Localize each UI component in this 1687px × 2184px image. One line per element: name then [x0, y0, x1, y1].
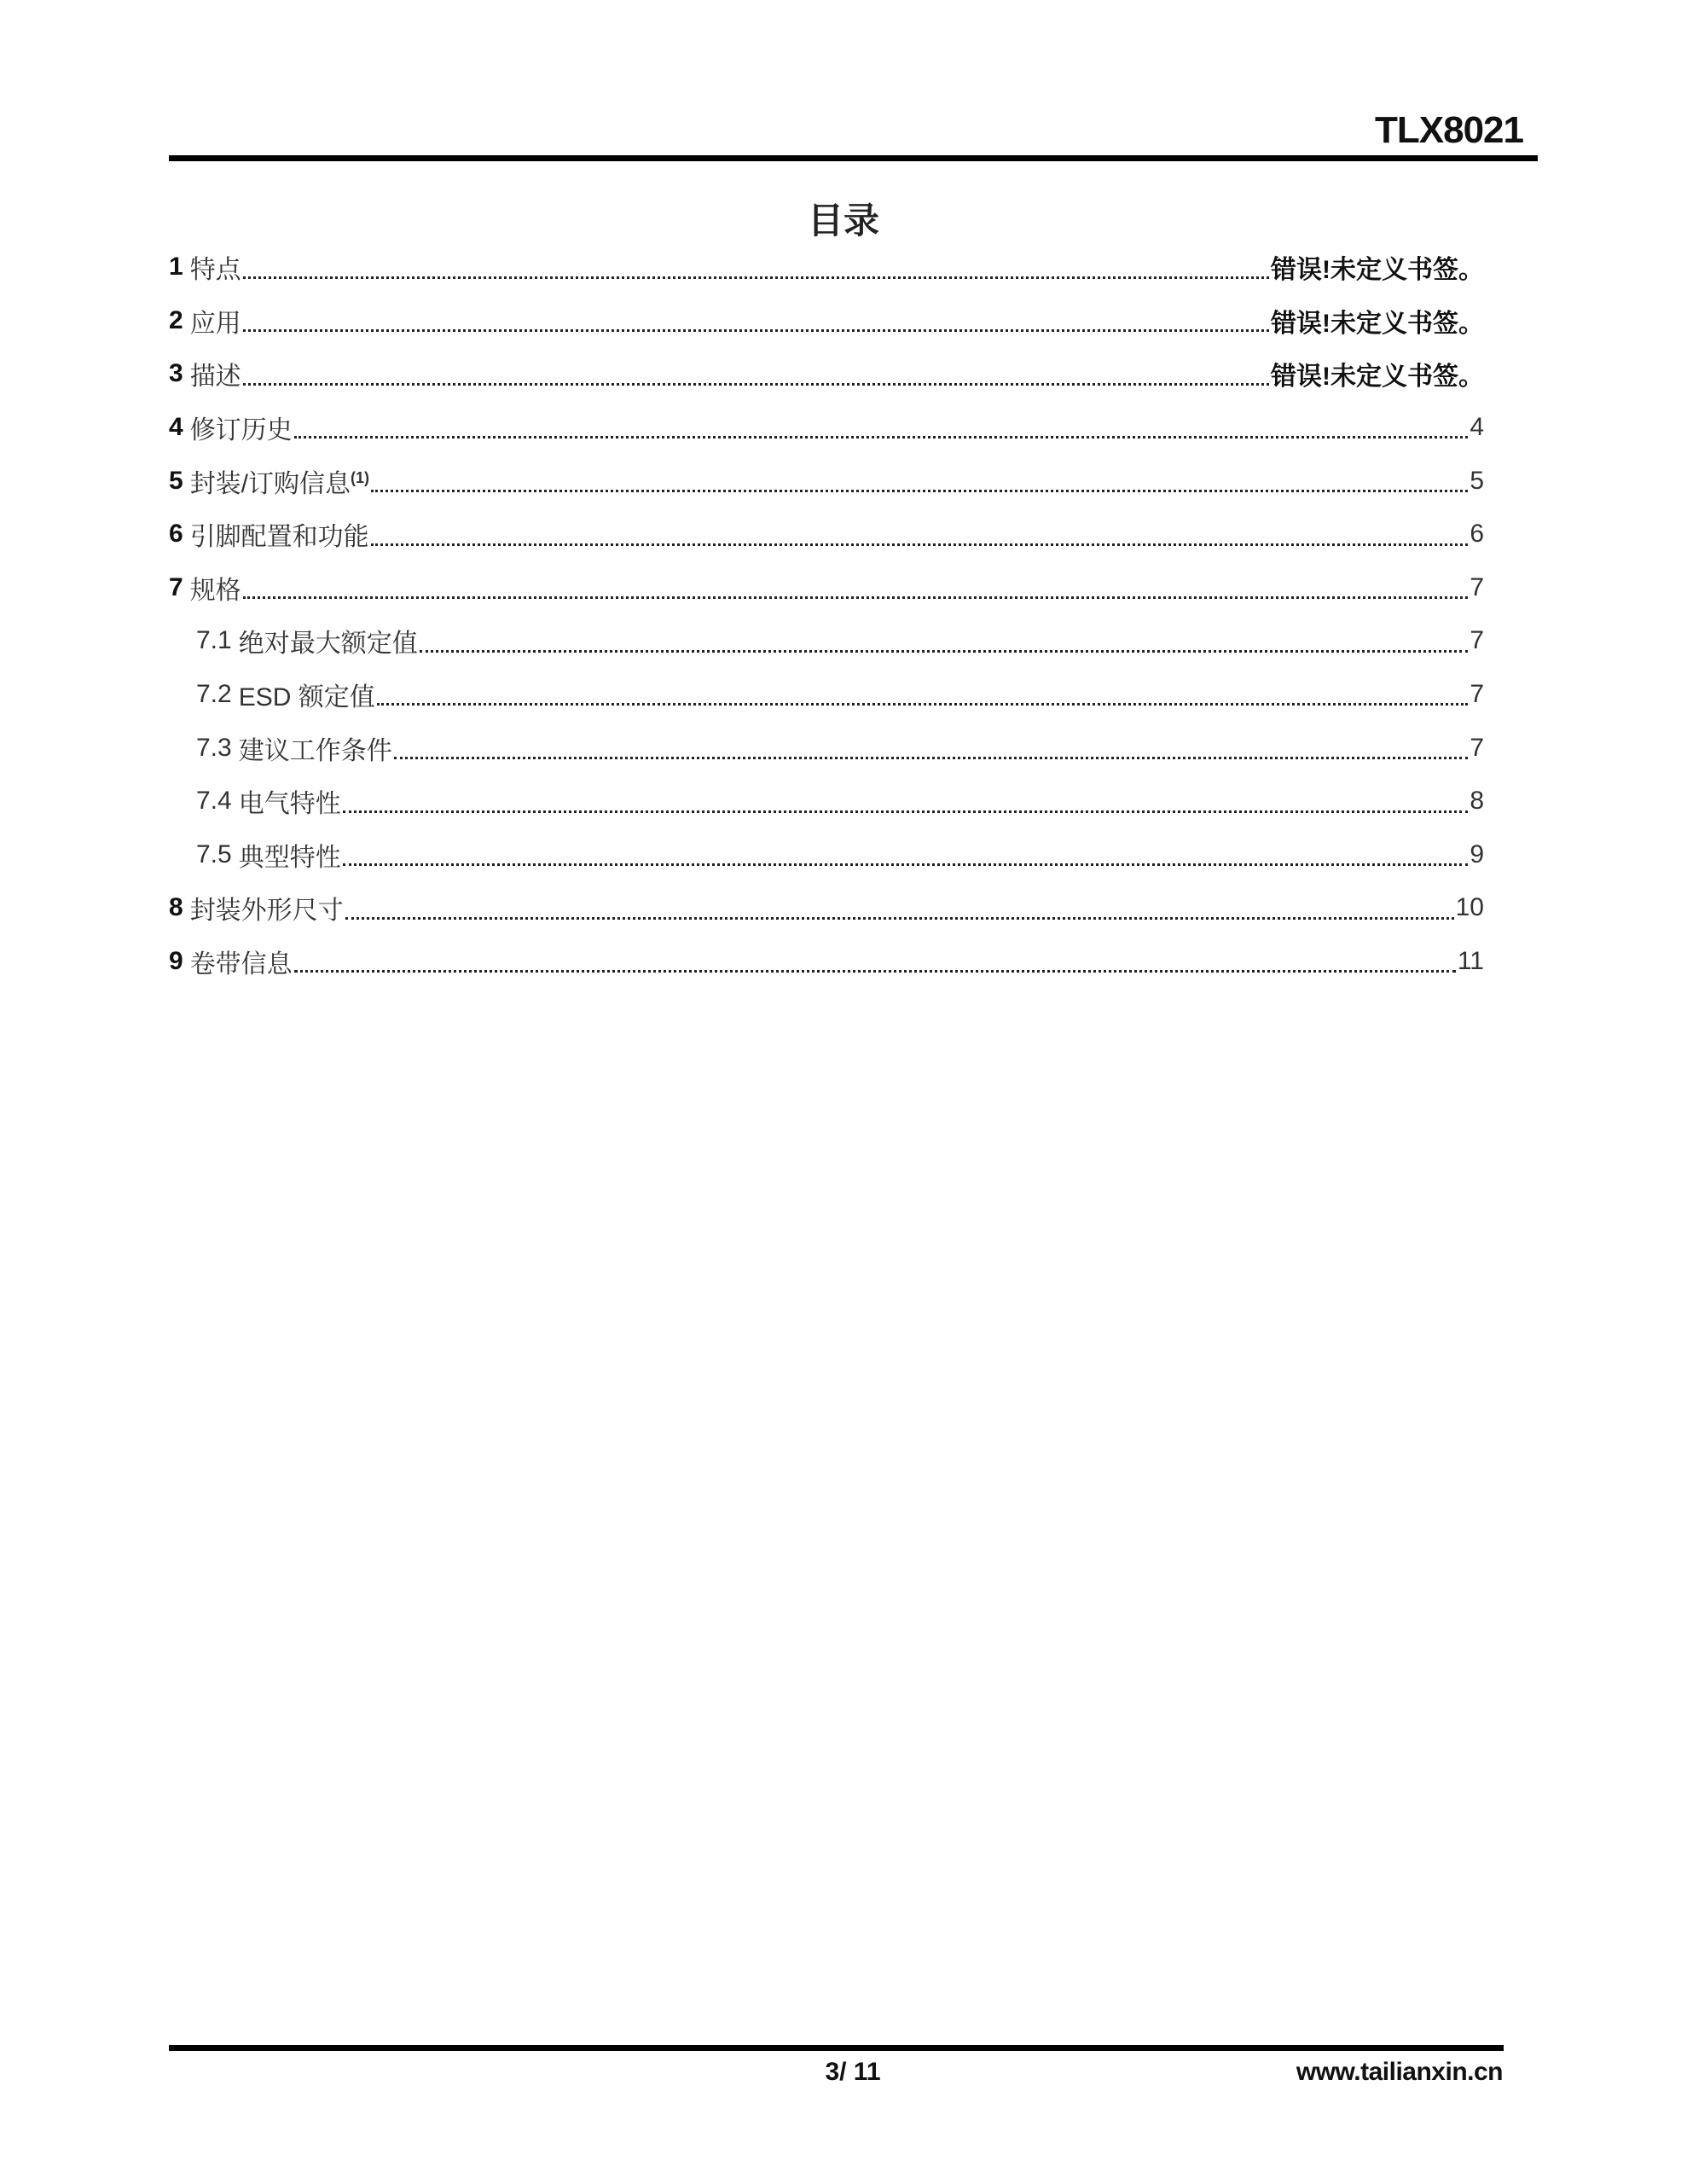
toc-entry-2[interactable]: 2 应用 错误!未定义书签。 [169, 294, 1484, 348]
toc-entry-number: 7.2 [196, 680, 232, 709]
toc-entry-number: 2 [169, 306, 183, 335]
toc-entry-number: 8 [169, 893, 183, 922]
table-of-contents: 1 特点 错误!未定义书签。 2 应用 错误!未定义书签。 3 描述 错误!未定… [169, 241, 1484, 988]
toc-entry-7-5[interactable]: 7.5 典型特性 9 [169, 828, 1484, 882]
toc-entry-number: 4 [169, 413, 183, 442]
header-divider [169, 155, 1538, 161]
toc-entry-page: 4 [1470, 413, 1484, 442]
toc-entry-label: 描述 [190, 355, 241, 392]
toc-entry-number: 7 [169, 573, 183, 602]
toc-entry-label: 引脚配置和功能 [190, 515, 369, 553]
toc-entry-number: 5 [169, 467, 183, 496]
toc-entry-number: 7.1 [196, 626, 232, 655]
dot-leader [243, 329, 1269, 332]
dot-leader [394, 757, 1469, 759]
toc-entry-number: 7.3 [196, 734, 232, 763]
dot-leader [294, 970, 1456, 973]
toc-entry-label: 封装外形尺寸 [190, 889, 344, 926]
toc-entry-page: 6 [1470, 520, 1484, 549]
dot-leader [371, 543, 1469, 546]
toc-entry-label-text: 封装/订购信息 [190, 470, 351, 498]
toc-entry-label: 特点 [190, 248, 241, 286]
toc-entry-label: ESD 额定值 [239, 676, 375, 713]
toc-entry-label: 典型特性 [239, 836, 341, 874]
toc-entry-5[interactable]: 5 封装/订购信息(1) 5 [169, 454, 1484, 508]
toc-entry-page: 错误!未定义书签。 [1271, 355, 1484, 392]
toc-entry-8[interactable]: 8 封装外形尺寸 10 [169, 881, 1484, 935]
toc-entry-number: 3 [169, 359, 183, 388]
toc-entry-9[interactable]: 9 卷带信息 11 [169, 935, 1484, 989]
website-link[interactable]: www.tailianxin.cn [1296, 2058, 1503, 2087]
page-indicator: 3/ 11 [768, 2058, 938, 2087]
toc-entry-page: 8 [1470, 787, 1484, 816]
toc-title: 目录 [0, 193, 1687, 244]
toc-entry-number: 7.4 [196, 787, 232, 816]
toc-entry-label: 规格 [190, 569, 241, 607]
toc-entry-page: 10 [1456, 893, 1484, 922]
toc-entry-label: 修订历史 [190, 409, 293, 446]
toc-entry-number: 7.5 [196, 840, 232, 869]
toc-entry-3[interactable]: 3 描述 错误!未定义书签。 [169, 347, 1484, 401]
toc-entry-6[interactable]: 6 引脚配置和功能 6 [169, 508, 1484, 561]
toc-entry-4[interactable]: 4 修订历史 4 [169, 401, 1484, 455]
footer-divider [169, 2045, 1504, 2051]
toc-entry-7-4[interactable]: 7.4 电气特性 8 [169, 775, 1484, 828]
dot-leader [294, 436, 1469, 439]
toc-entry-page: 7 [1470, 734, 1484, 763]
dot-leader [343, 863, 1469, 866]
toc-entry-page: 错误!未定义书签。 [1271, 248, 1484, 286]
toc-entry-page: 7 [1470, 573, 1484, 602]
toc-entry-label: 电气特性 [239, 782, 341, 820]
dot-leader [243, 596, 1469, 599]
toc-entry-page: 7 [1470, 680, 1484, 709]
dot-leader [420, 650, 1469, 653]
toc-entry-label: 应用 [190, 302, 241, 340]
toc-entry-page: 错误!未定义书签。 [1271, 302, 1484, 340]
toc-entry-label: 封装/订购信息(1) [190, 462, 369, 500]
toc-entry-page: 11 [1458, 947, 1484, 976]
dot-leader [343, 810, 1469, 813]
toc-entry-number: 1 [169, 253, 183, 282]
dot-leader [243, 383, 1269, 386]
dot-leader [371, 490, 1468, 492]
dot-leader [243, 276, 1269, 279]
document-part-number: TLX8021 [1375, 109, 1523, 152]
toc-entry-7-3[interactable]: 7.3 建议工作条件 7 [169, 721, 1484, 775]
toc-entry-7[interactable]: 7 规格 7 [169, 561, 1484, 615]
toc-entry-number: 9 [169, 947, 183, 976]
toc-entry-1[interactable]: 1 特点 错误!未定义书签。 [169, 241, 1484, 294]
toc-entry-7-2[interactable]: 7.2 ESD 额定值 7 [169, 668, 1484, 722]
toc-entry-label: 建议工作条件 [239, 729, 392, 767]
toc-entry-page: 9 [1470, 840, 1484, 869]
toc-entry-label: 卷带信息 [190, 943, 293, 980]
footnote-marker: (1) [351, 469, 369, 486]
toc-entry-page: 7 [1470, 626, 1484, 655]
toc-entry-page: 5 [1470, 467, 1484, 496]
dot-leader [345, 917, 1454, 920]
toc-entry-number: 6 [169, 520, 183, 549]
dot-leader [377, 703, 1469, 706]
toc-entry-7-1[interactable]: 7.1 绝对最大额定值 7 [169, 614, 1484, 668]
toc-entry-label: 绝对最大额定值 [239, 622, 418, 659]
